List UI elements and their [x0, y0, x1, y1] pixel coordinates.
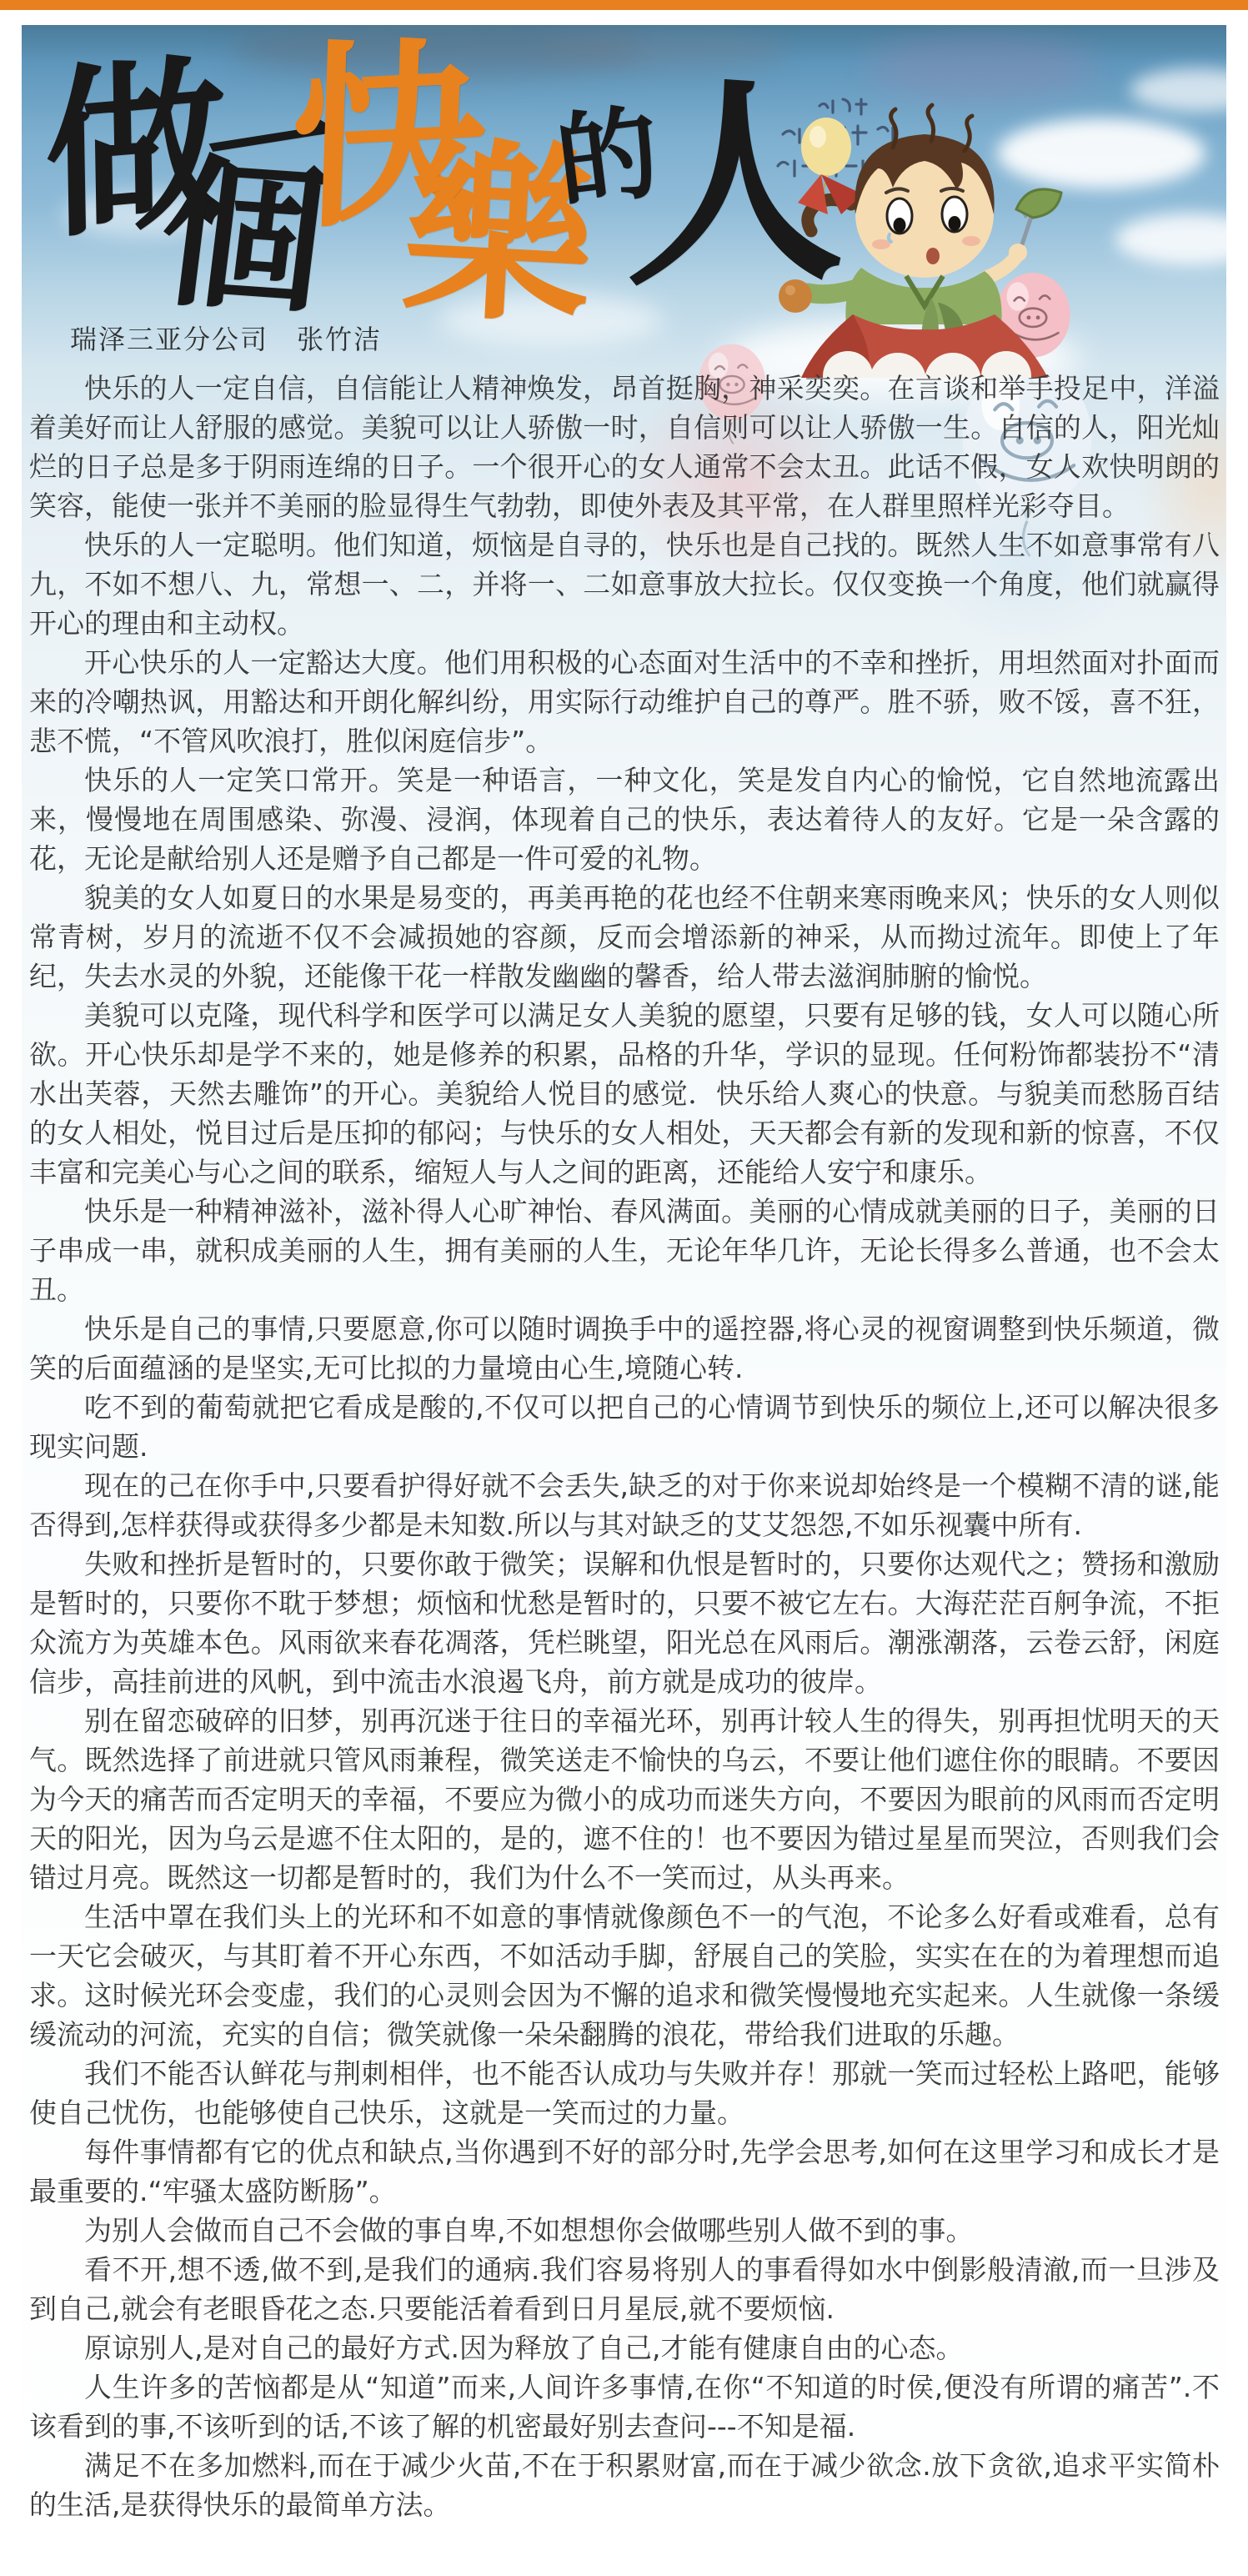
article-paragraph: 我们不能否认鲜花与荆刺相伴，也不能否认成功与失败并存！那就一笑而过轻松上路吧，能…: [29, 2054, 1220, 2132]
article-paragraph: 看不开,想不透,做不到,是我们的通病.我们容易将别人的事看得如水中倒影般清澈,而…: [29, 2250, 1220, 2328]
article-paragraph: 原谅别人,是对自己的最好方式.因为释放了自己,才能有健康自由的心态。: [29, 2328, 1220, 2368]
article-paragraph: 快乐的人一定自信，自信能让人精神焕发，昂首挺胸，神采奕奕。在言谈和举手投足中，洋…: [29, 369, 1220, 525]
top-accent-bar: [0, 0, 1248, 10]
article-paragraph: 满足不在多加燃料,而在于减少火苗,不在于积累财富,而在于减少欲念.放下贪欲,追求…: [29, 2446, 1220, 2524]
article-paragraph: 失败和挫折是暂时的，只要你敢于微笑；误解和仇恨是暂时的，只要你达观代之；赞扬和激…: [29, 1544, 1220, 1701]
white-cloud: [439, 294, 664, 347]
title-char: 個: [152, 152, 334, 325]
article-paragraph: 人生许多的苦恼都是从“知道”而来,人间许多事情,在你“不知道的时侯,便没有所谓的…: [29, 2368, 1220, 2446]
title-char: 的: [551, 101, 664, 214]
article-body: 快乐的人一定自信，自信能让人精神焕发，昂首挺胸，神采奕奕。在言谈和举手投足中，洋…: [29, 369, 1220, 2524]
article-paragraph: 快乐是一种精神滋补，滋补得人心旷神怡、春风满面。美丽的心情成就美丽的日子，美丽的…: [29, 1192, 1220, 1309]
article-paragraph: 快乐是自己的事情,只要愿意,你可以随时调换手中的遥控器,将心灵的视窗调整到快乐频…: [29, 1309, 1220, 1388]
document-page: 做 一 個 快 樂 的 人 瑞泽三亚分公司 张竹洁 快乐的人一定自信，自信能让人…: [0, 0, 1248, 2576]
white-cloud: [1130, 68, 1226, 112]
article-content: 做 一 個 快 樂 的 人 瑞泽三亚分公司 张竹洁 快乐的人一定自信，自信能让人…: [22, 25, 1226, 2576]
article-paragraph: 为别人会做而自己不会做的事自卑,不如想想你会做哪些别人做不到的事。: [29, 2211, 1220, 2250]
article-paragraph: 美貌可以克隆，现代科学和医学可以满足女人美貌的愿望，只要有足够的钱，女人可以随心…: [29, 996, 1220, 1192]
white-cloud: [63, 192, 222, 237]
article-paragraph: 快乐的人一定聪明。他们知道，烦恼是自寻的，快乐也是自己找的。既然人生不如意事常有…: [29, 525, 1220, 643]
article-paragraph: 吃不到的葡萄就把它看成是酸的,不仅可以把自己的心情调节到快乐的频位上,还可以解决…: [29, 1388, 1220, 1466]
dark-cloud: [539, 30, 789, 73]
white-cloud: [1115, 213, 1226, 265]
article-paragraph: 现在的己在你手中,只要看护得好就不会丢失,缺乏的对于你来说却始终是一个模糊不清的…: [29, 1466, 1220, 1544]
article-paragraph: 貌美的女人如夏日的水果是易变的，再美再艳的花也经不住朝来寒雨晚来风；快乐的女人则…: [29, 878, 1220, 996]
byline: 瑞泽三亚分公司 张竹洁: [70, 319, 382, 357]
article-paragraph: 生活中罩在我们头上的光环和不如意的事情就像颜色不一的气泡，不论多么好看或难看，总…: [29, 1897, 1220, 2054]
cartoon-girl-illustration: [768, 88, 1078, 378]
article-paragraph: 别在留恋破碎的旧梦，别再沉迷于往日的幸福光环，别再计较人生的得失，别再担忧明天的…: [29, 1701, 1220, 1897]
article-paragraph: 每件事情都有它的优点和缺点,当你遇到不好的部分时,先学会思考,如何在这里学习和成…: [29, 2132, 1220, 2211]
article-paragraph: 开心快乐的人一定豁达大度。他们用积极的心态面对生活中的不幸和挫折，用坦然面对扑面…: [29, 643, 1220, 761]
article-paragraph: 快乐的人一定笑口常开。笑是一种语言，一种文化，笑是发自内心的愉悦，它自然地流露出…: [29, 761, 1220, 878]
title-char: 一: [198, 73, 348, 223]
